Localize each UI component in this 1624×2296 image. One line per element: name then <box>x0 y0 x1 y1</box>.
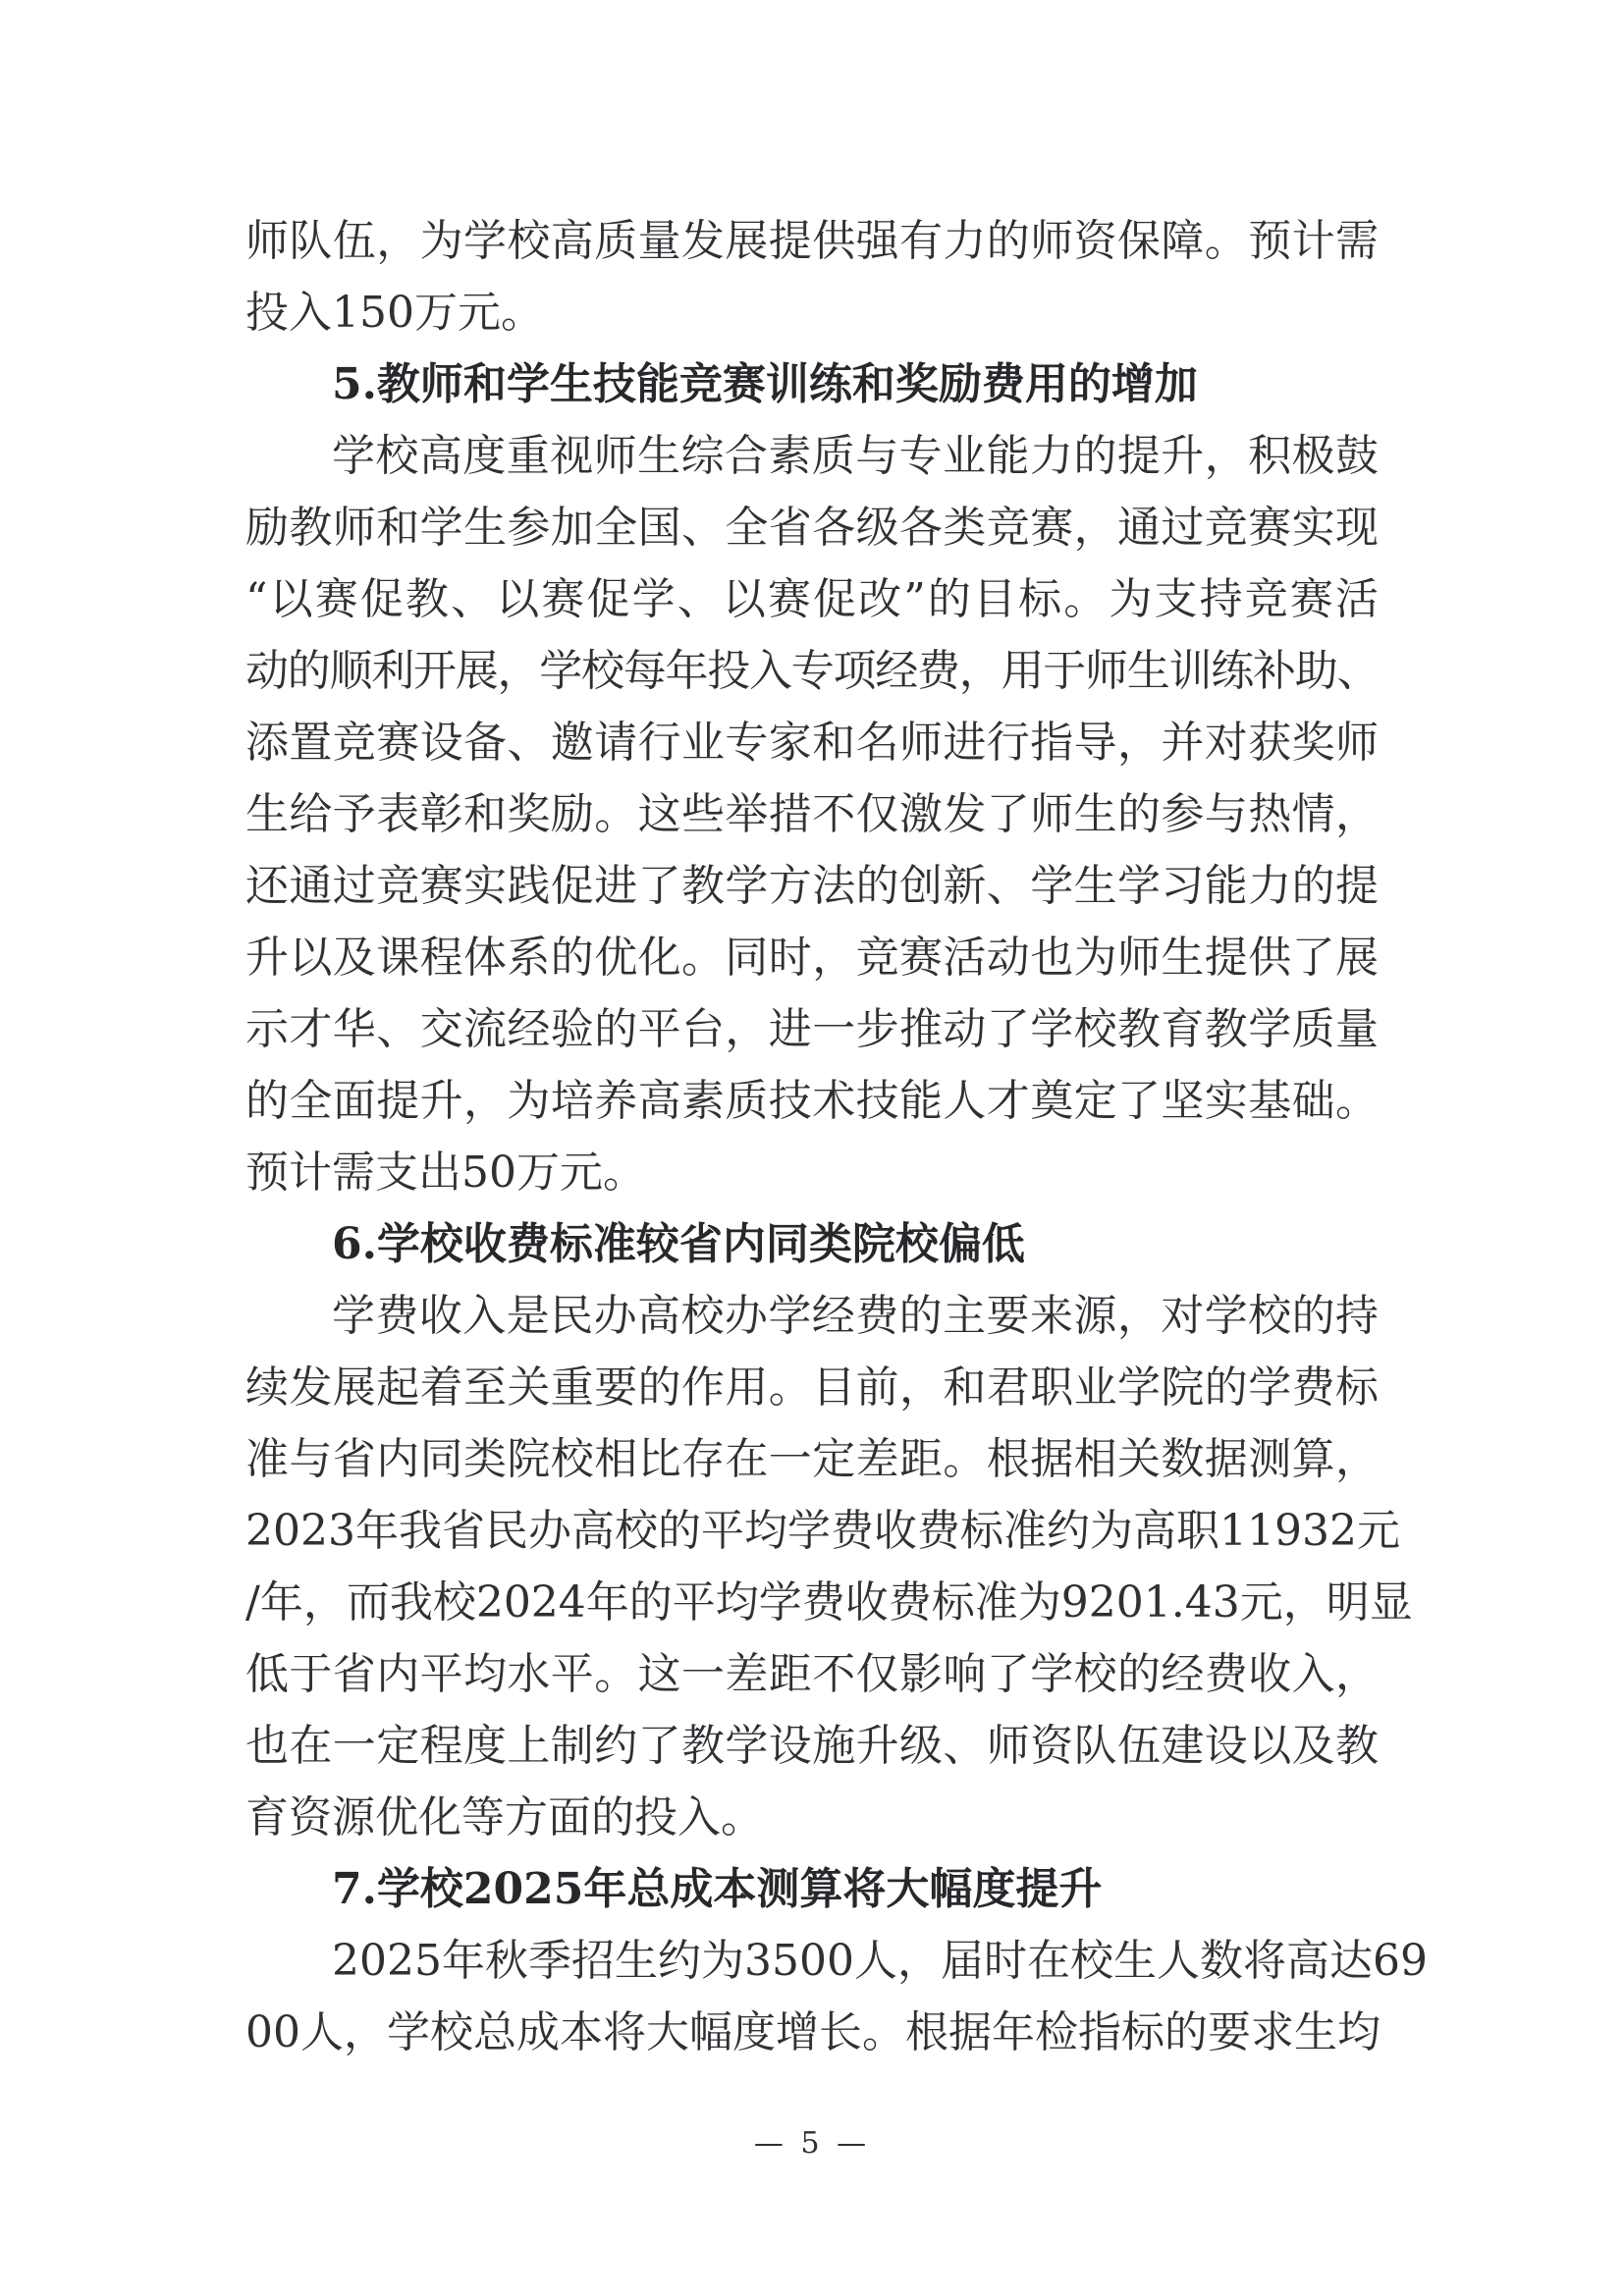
body-line: 升以及课程体系的优化。同时，竞赛活动也为师生提供了展 <box>245 922 1379 993</box>
body-line: 的全面提升，为培养高素质技术技能人才奠定了坚实基础。 <box>245 1065 1379 1137</box>
body-line: 还通过竞赛实践促进了教学方法的创新、学生学习能力的提 <box>245 850 1379 922</box>
body-line: /年，而我校2024年的平均学费收费标准为9201.43元，明显 <box>245 1567 1379 1638</box>
body-line: 2025年秋季招生约为3500人，届时在校生人数将高达69 <box>245 1925 1379 1997</box>
body-line: 低于省内平均水平。这一差距不仅影响了学校的经费收入， <box>245 1638 1379 1710</box>
body-line: 师队伍，为学校高质量发展提供强有力的师资保障。预计需 <box>245 205 1379 277</box>
body-line: 准与省内同类院校相比存在一定差距。根据相关数据测算， <box>245 1423 1379 1495</box>
body-line: “以赛促教、以赛促学、以赛促改”的目标。为支持竞赛活 <box>245 563 1379 635</box>
body-line: 示才华、交流经验的平台，进一步推动了学校教育教学质量 <box>245 993 1379 1065</box>
section-7-heading: 7.学校2025年总成本测算将大幅度提升 <box>245 1853 1379 1925</box>
page-number: — 5 — <box>0 2116 1624 2171</box>
section-6-heading: 6.学校收费标准较省内同类院校偏低 <box>245 1208 1379 1280</box>
body-line: 也在一定程度上制约了教学设施升级、师资队伍建设以及教 <box>245 1710 1379 1782</box>
body-line: 添置竞赛设备、邀请行业专家和名师进行指导，并对获奖师 <box>245 707 1379 778</box>
document-body: 师队伍，为学校高质量发展提供强有力的师资保障。预计需 投入150万元。 5.教师… <box>245 205 1379 2068</box>
body-line: 2023年我省民办高校的平均学费收费标准约为高职11932元 <box>245 1495 1379 1567</box>
section-5-heading: 5.教师和学生技能竞赛训练和奖励费用的增加 <box>245 348 1379 420</box>
body-line: 预计需支出50万元。 <box>245 1137 1379 1208</box>
body-line: 动的顺利开展，学校每年投入专项经费，用于师生训练补助、 <box>245 635 1379 707</box>
body-line: 续发展起着至关重要的作用。目前，和君职业学院的学费标 <box>245 1352 1379 1423</box>
body-line: 励教师和学生参加全国、全省各级各类竞赛，通过竞赛实现 <box>245 492 1379 563</box>
body-line: 育资源优化等方面的投入。 <box>245 1782 1379 1853</box>
body-line: 学费收入是民办高校办学经费的主要来源，对学校的持 <box>245 1280 1379 1352</box>
body-line: 学校高度重视师生综合素质与专业能力的提升，积极鼓 <box>245 420 1379 492</box>
document-page: 师队伍，为学校高质量发展提供强有力的师资保障。预计需 投入150万元。 5.教师… <box>0 0 1624 2296</box>
body-line: 投入150万元。 <box>245 277 1379 348</box>
body-line: 00人，学校总成本将大幅度增长。根据年检指标的要求生均 <box>245 1997 1379 2068</box>
body-line: 生给予表彰和奖励。这些举措不仅激发了师生的参与热情， <box>245 778 1379 850</box>
